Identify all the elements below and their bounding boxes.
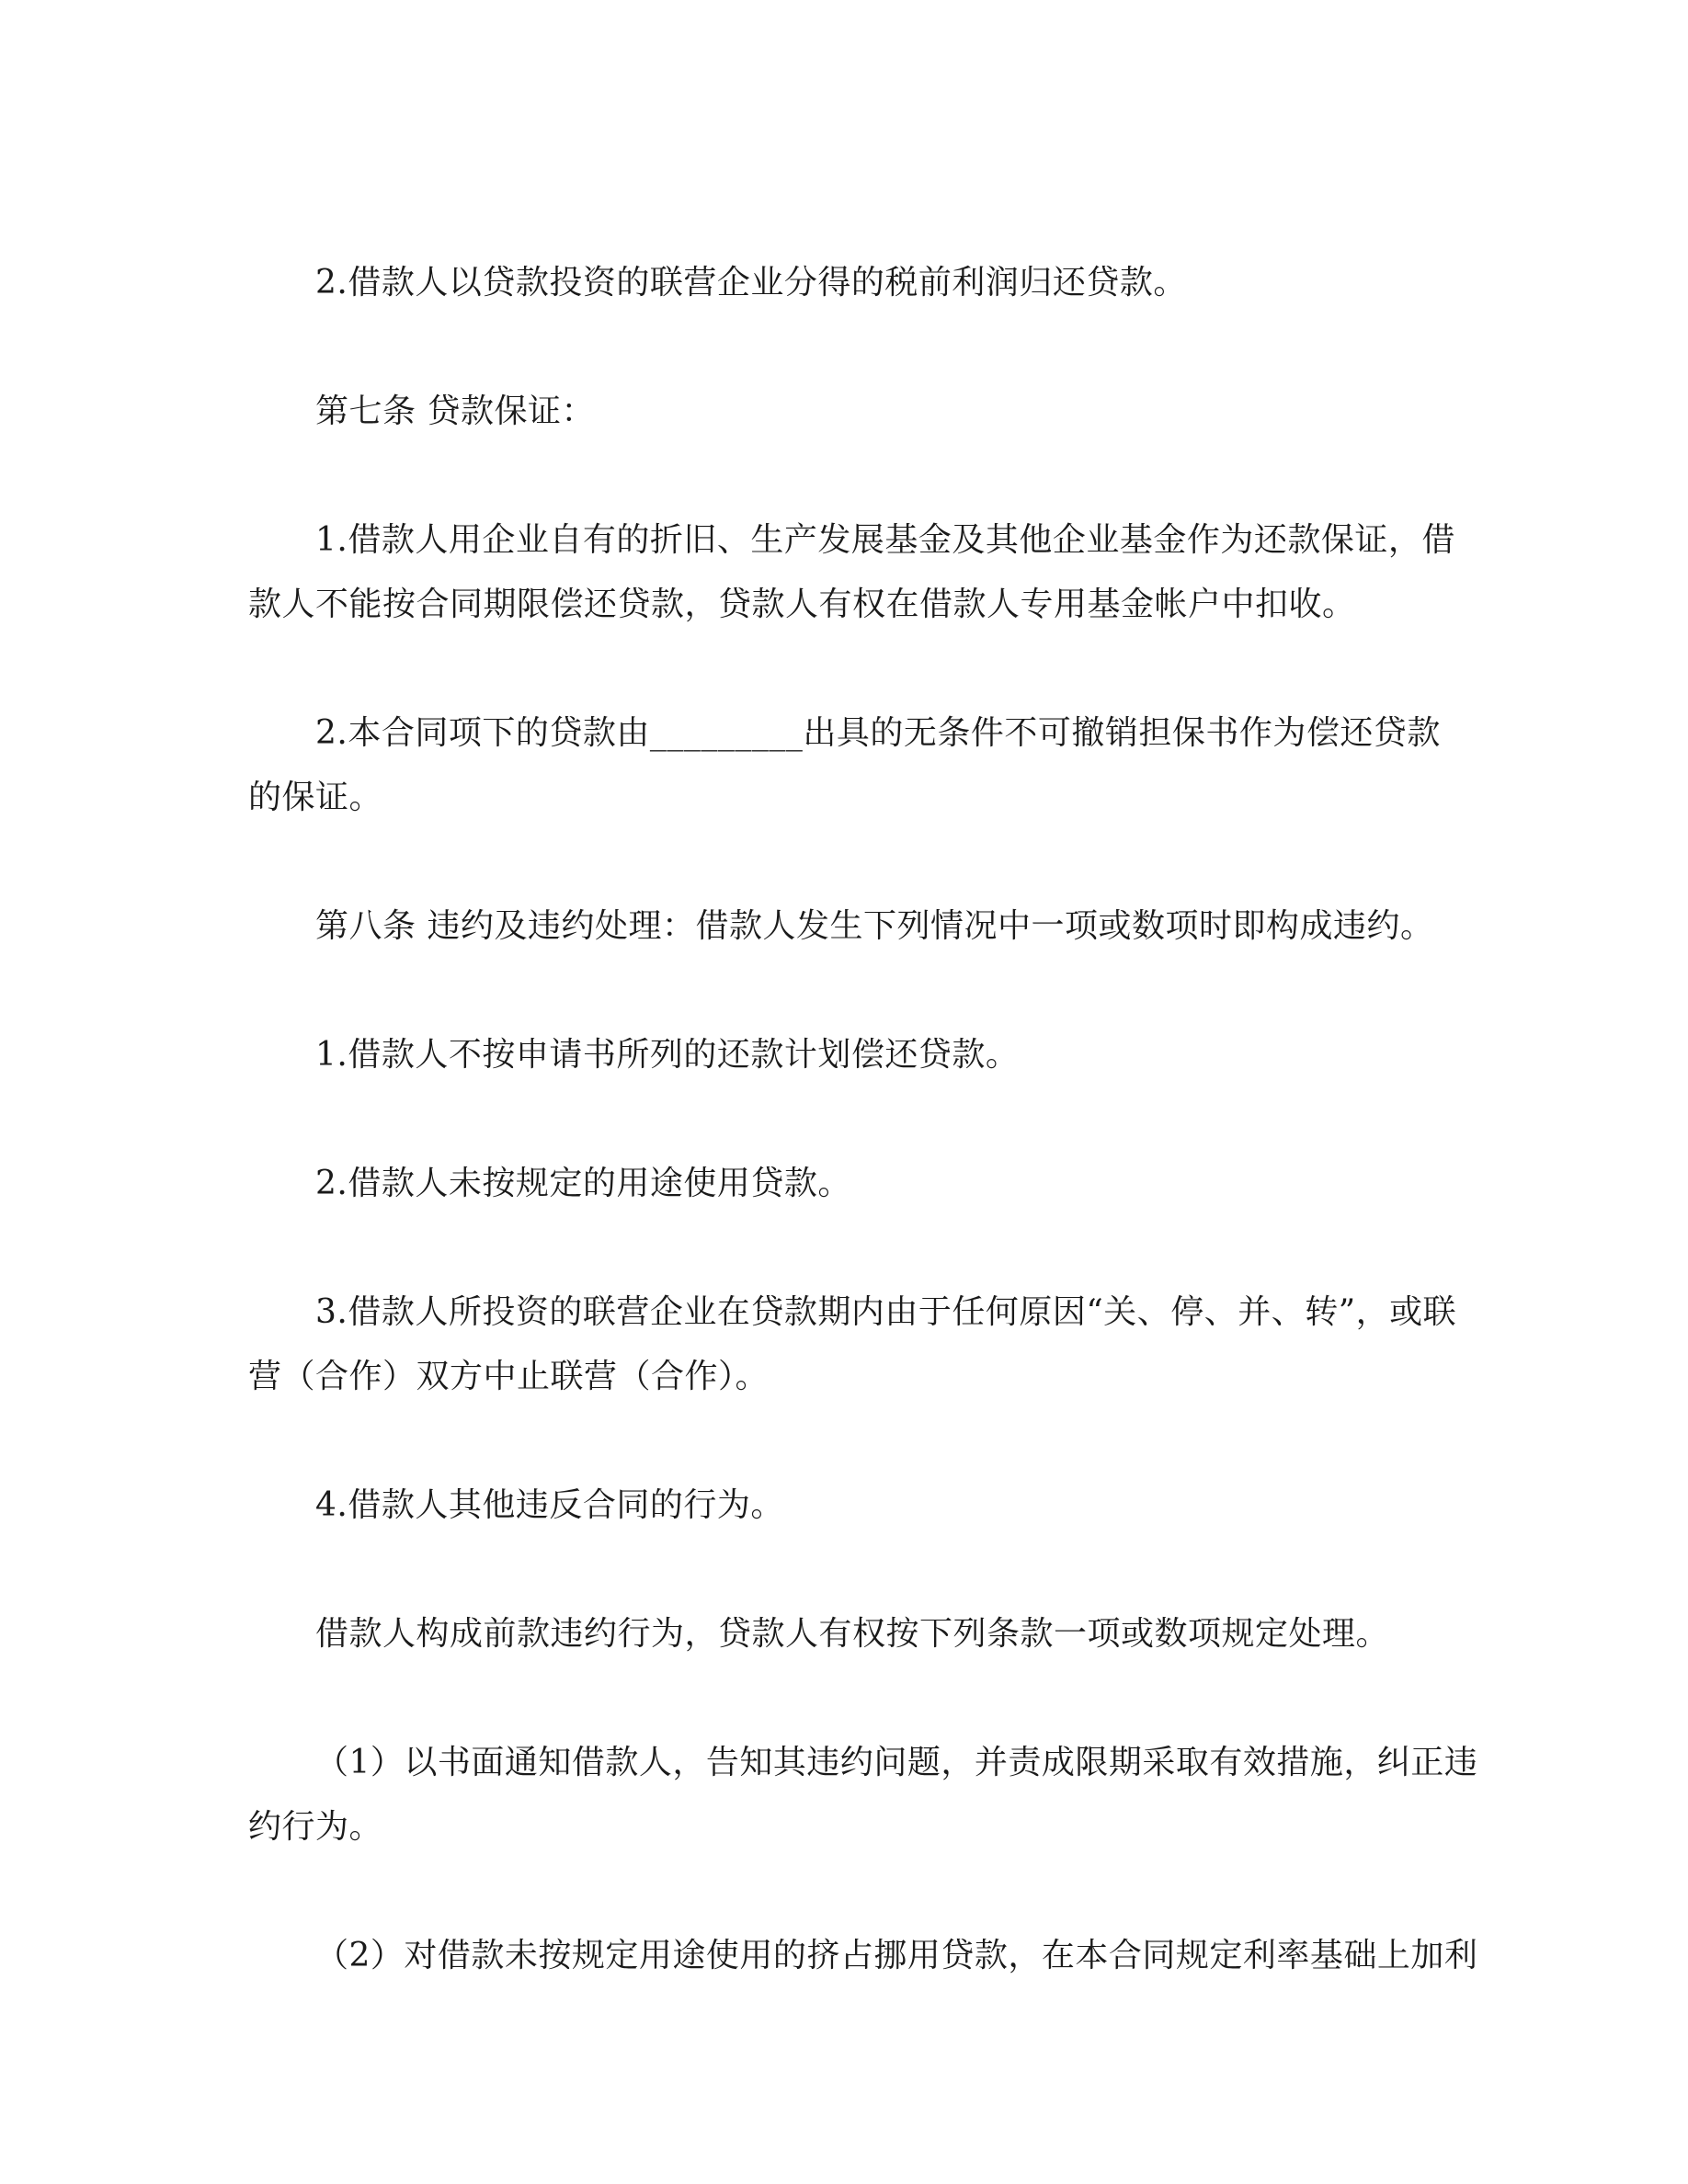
text-line: 款人不能按合同期限偿还贷款，贷款人有权在借款人专用基金帐户中扣收。 xyxy=(248,573,1439,637)
text-line: 借款人构成前款违约行为，贷款人有权按下列条款一项或数项规定处理。 xyxy=(248,1602,1439,1666)
text-line: 4.借款人其他违反合同的行为。 xyxy=(248,1473,1439,1538)
clause-heading: 第八条 违约及违约处理：借款人发生下列情况中一项或数项时即构成违约。 xyxy=(248,894,1439,959)
text-line: 3.借款人所投资的联营企业在贷款期内由于任何原因“关、停、并、转”，或联 xyxy=(248,1280,1439,1345)
contract-page: 2.借款人以贷款投资的联营企业分得的税前利润归还贷款。 第七条 贷款保证： 1.… xyxy=(248,251,1439,2053)
clause-heading: 第七条 贷款保证： xyxy=(248,380,1439,444)
text-line: 的保证。 xyxy=(248,766,1439,830)
paragraph: 1.借款人不按申请书所列的还款计划偿还贷款。 xyxy=(248,1023,1439,1087)
text-line: 营（合作）双方中止联营（合作）。 xyxy=(248,1345,1439,1409)
text-line: 约行为。 xyxy=(248,1795,1439,1860)
paragraph: 借款人构成前款违约行为，贷款人有权按下列条款一项或数项规定处理。 xyxy=(248,1602,1439,1666)
paragraph: 2.本合同项下的贷款由_________出具的无条件不可撤销担保书作为偿还贷款 … xyxy=(248,701,1439,830)
paragraph: 3.借款人所投资的联营企业在贷款期内由于任何原因“关、停、并、转”，或联 营（合… xyxy=(248,1280,1439,1409)
paragraph: 第七条 贷款保证： xyxy=(248,380,1439,444)
text-line: 1.借款人不按申请书所列的还款计划偿还贷款。 xyxy=(248,1023,1439,1087)
paragraph: （1）以书面通知借款人，告知其违约问题，并责成限期采取有效措施，纠正违 约行为。 xyxy=(248,1731,1439,1860)
text-line: 2.借款人以贷款投资的联营企业分得的税前利润归还贷款。 xyxy=(248,251,1439,315)
paragraph: 2.借款人未按规定的用途使用贷款。 xyxy=(248,1152,1439,1216)
paragraph: 4.借款人其他违反合同的行为。 xyxy=(248,1473,1439,1538)
paragraph: 2.借款人以贷款投资的联营企业分得的税前利润归还贷款。 xyxy=(248,251,1439,315)
text-line: 1.借款人用企业自有的折旧、生产发展基金及其他企业基金作为还款保证，借 xyxy=(248,508,1439,573)
text-line: （2）对借款未按规定用途使用的挤占挪用贷款，在本合同规定利率基础上加利 xyxy=(248,1924,1439,1988)
text-line: 2.借款人未按规定的用途使用贷款。 xyxy=(248,1152,1439,1216)
paragraph: （2）对借款未按规定用途使用的挤占挪用贷款，在本合同规定利率基础上加利 xyxy=(248,1924,1439,1988)
paragraph: 1.借款人用企业自有的折旧、生产发展基金及其他企业基金作为还款保证，借 款人不能… xyxy=(248,508,1439,637)
paragraph: 第八条 违约及违约处理：借款人发生下列情况中一项或数项时即构成违约。 xyxy=(248,894,1439,959)
text-line: （1）以书面通知借款人，告知其违约问题，并责成限期采取有效措施，纠正违 xyxy=(248,1731,1439,1795)
text-line-with-blank: 2.本合同项下的贷款由_________出具的无条件不可撤销担保书作为偿还贷款 xyxy=(248,701,1439,766)
